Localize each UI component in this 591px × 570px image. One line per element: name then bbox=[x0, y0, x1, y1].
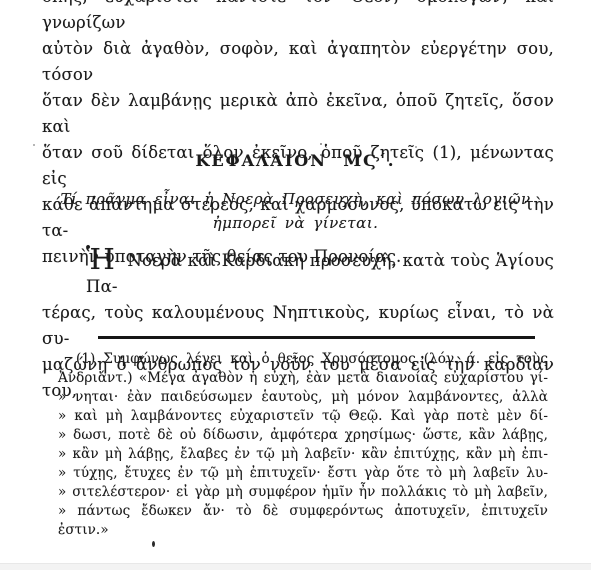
ink-speck bbox=[152, 541, 155, 547]
footnote-block: (1) Συμφώνως λέγει καὶ ὁ θεῖος Χρυσόστομ… bbox=[58, 350, 548, 540]
footnote-line: » δωσι, ποτὲ δὲ οὐ δίδωσιν, ἀμφότερα χρη… bbox=[58, 426, 548, 445]
chapter-subtitle: Τί πρᾶγμα εἶναι ἡ Νοερὰ Προσευχὴ, καὶ πό… bbox=[0, 187, 591, 235]
body-first-line: Ἡ Νοερὰ καὶ Καρδιακὴ προσευχὴ, κατὰ τοὺς… bbox=[42, 246, 554, 300]
ink-speck bbox=[320, 143, 322, 145]
footnote-line: » κἂν μὴ λάβῃς, ἔλαβες ἐν τῷ μὴ λαβεῖν· … bbox=[58, 445, 548, 464]
footnote-separator-rule bbox=[98, 336, 535, 339]
chapter-subtitle-line-2: ἠμπορεῖ νὰ γίνεται. bbox=[0, 211, 591, 235]
footnote-line: » νηται· ἐὰν παιδεύσωμεν ἑαυτοὺς, μὴ μόν… bbox=[58, 388, 548, 407]
text-line: ὅταν δὲν λαμβάνῃς μερικὰ ἀπὸ ἐκεῖνα, ὁπο… bbox=[42, 88, 554, 140]
page-bottom-strip bbox=[0, 563, 591, 570]
drop-cap-initial: Ἡ bbox=[86, 242, 115, 276]
footnote-line: » τύχῃς, ἔτυχες ἐν τῷ μὴ ἐπιτυχεῖν· ἔστι… bbox=[58, 464, 548, 483]
text-line: τέρας, τοὺς καλουμένους Νηπτικοὺς, κυρίω… bbox=[42, 300, 554, 352]
text-line: ὅλης, εὐχαρίστει πάντοτε τὸν Θεὸν, ὁμολο… bbox=[42, 0, 554, 36]
footnote-line: Ἀνδριάντ.) «Μέγα ἀγαθὸν ἡ εὐχὴ, ἐὰν μετὰ… bbox=[58, 369, 548, 388]
footnote-line: » πάντως ἔδωκεν ἄν· τὸ δὲ συμφερόντως ἀπ… bbox=[58, 502, 548, 540]
text-line: αὐτὸν διὰ ἀγαθὸν, σοφὸν, καὶ ἀγαπητὸν εὐ… bbox=[42, 36, 554, 88]
ink-speck bbox=[415, 146, 417, 148]
ink-speck bbox=[33, 144, 35, 146]
footnote-line: » σιτελέστερον· εἰ γὰρ μὴ συμφέρον ἡμῖν … bbox=[58, 483, 548, 502]
body-first-line-text: Νοερὰ καὶ Καρδιακὴ προσευχὴ, κατὰ τοὺς Ἁ… bbox=[86, 251, 554, 296]
footnote-line: » καὶ μὴ λαμβάνοντες εὐχαριστεῖν τῷ Θεῷ.… bbox=[58, 407, 548, 426]
footnote-line: (1) Συμφώνως λέγει καὶ ὁ θεῖος Χρυσόστομ… bbox=[58, 350, 548, 369]
scanned-book-page: ὅλης, εὐχαρίστει πάντοτε τὸν Θεὸν, ὁμολο… bbox=[0, 0, 591, 570]
chapter-subtitle-line-1: Τί πρᾶγμα εἶναι ἡ Νοερὰ Προσευχὴ, καὶ πό… bbox=[0, 187, 591, 211]
chapter-heading: ΚΕΦΑΛΑΙΟΝ ΜϚ΄. bbox=[0, 151, 591, 171]
